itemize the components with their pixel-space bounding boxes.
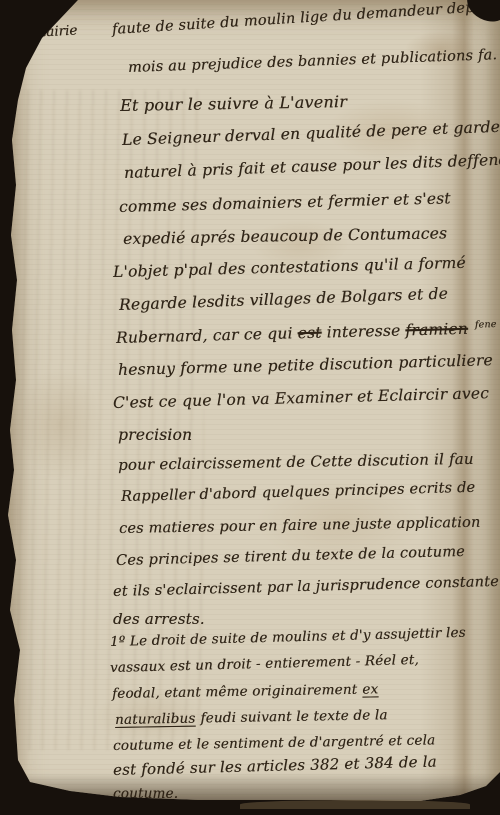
- underlying-page-edge: [240, 800, 470, 809]
- struck-word: framien: [405, 320, 468, 340]
- verso-bleedthrough: [14, 90, 204, 750]
- manuscript-scan: metairie faute de suite du moulin lige d…: [0, 0, 500, 815]
- manuscript-line-3: Et pour le suivre à L'avenir: [120, 92, 347, 115]
- interline-correction: fene: [475, 319, 497, 331]
- manuscript-line-9: Regarde lesdits villages de Bolgars et d…: [119, 285, 449, 314]
- manuscript-line-24: coutume et le sentiment de d'argentré et…: [113, 732, 436, 754]
- manuscript-line-8: L'objet p'pal des contestations qu'il a …: [113, 254, 466, 281]
- manuscript-line-6: comme ses domainiers et fermier et s'est: [119, 189, 451, 216]
- manuscript-line-7: expedié aprés beaucoup de Contumaces: [123, 224, 447, 248]
- manuscript-line-26: coutume.: [113, 786, 178, 802]
- manuscript-line-10: Rubernard, car ce quiestinteresseframien…: [116, 319, 497, 347]
- manuscript-line-17: Ces principes se tirent du texte de la c…: [116, 544, 465, 569]
- manuscript-line-19: des arrests.: [113, 610, 205, 628]
- manuscript-line-1: faute de suite du moulin lige du demande…: [112, 0, 500, 38]
- manuscript-line-20: 1º Le droit de suite de moulins et d'y a…: [110, 625, 466, 650]
- manuscript-line-12: C'est ce que l'on va Examiner et Eclairc…: [113, 384, 489, 412]
- underlined-latin: ex: [362, 681, 378, 697]
- manuscript-line-5: naturel à pris fait et cause pour les di…: [124, 150, 500, 182]
- manuscript-line-13: precision: [118, 426, 192, 444]
- underlined-latin: naturalibus: [115, 711, 196, 728]
- manuscript-line-21: vassaux est un droit - entierement - Rée…: [110, 652, 419, 676]
- margin-note: metairie: [20, 23, 78, 42]
- manuscript-line-25: est fondé sur les articles 382 et 384 de…: [113, 753, 437, 779]
- manuscript-line-4: Le Seigneur derval en qualité de pere et…: [122, 118, 500, 149]
- manuscript-line-11: hesnuy forme une petite discution partic…: [118, 351, 493, 379]
- manuscript-line-16: ces matieres pour en faire une juste app…: [119, 515, 481, 537]
- struck-word: est: [297, 324, 321, 343]
- manuscript-line-18: et ils s'eclaircissent par la jurisprude…: [113, 574, 499, 600]
- manuscript-line-15: Rappeller d'abord quelques principes ecr…: [121, 480, 476, 505]
- manuscript-line-2: mois au prejudice des bannies et publica…: [128, 47, 498, 76]
- paper-sheet: metairie faute de suite du moulin lige d…: [0, 0, 500, 815]
- manuscript-line-22: feodal, etant même originairementex: [112, 681, 379, 702]
- manuscript-line-14: pour eclaircissement de Cette discution …: [118, 450, 474, 474]
- manuscript-line-23: naturalibusfeudi suivant le texte de la: [115, 707, 388, 728]
